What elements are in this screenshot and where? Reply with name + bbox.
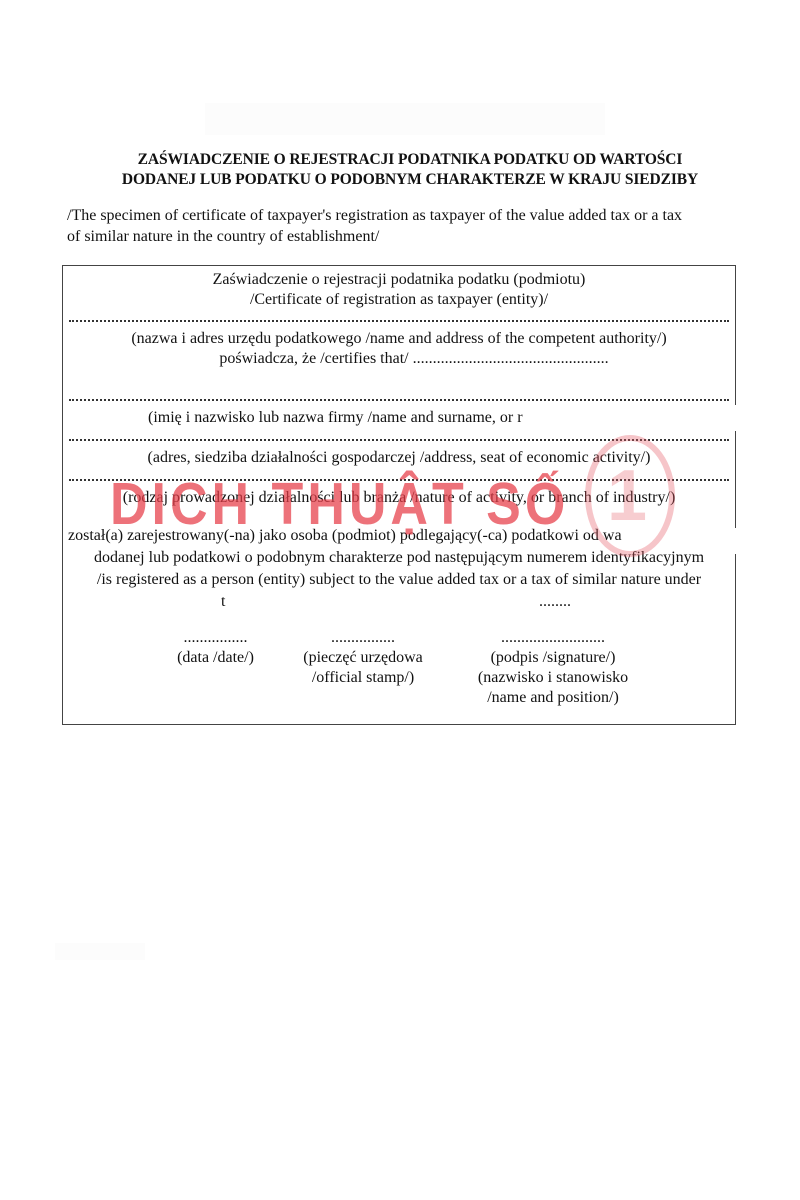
white-mask bbox=[555, 405, 800, 431]
white-mask bbox=[705, 528, 800, 554]
activity-fill-line[interactable] bbox=[69, 479, 729, 481]
signature-fill[interactable]: .......................... bbox=[458, 628, 648, 648]
activity-label: (rodzaj prowadzonej działalności lub bra… bbox=[63, 488, 735, 508]
subtitle-line-1: /The specimen of certificate of taxpayer… bbox=[67, 205, 767, 226]
stamp-label-1: (pieczęć urzędowa bbox=[288, 648, 438, 668]
faint-redaction-bar bbox=[55, 943, 145, 960]
white-mask bbox=[230, 588, 530, 610]
signature-label-1: (podpis /signature/) bbox=[458, 648, 648, 668]
document-title: ZAŚWIADCZENIE O REJESTRACJI PODATNIKA PO… bbox=[60, 150, 760, 190]
document-subtitle: /The specimen of certificate of taxpayer… bbox=[67, 205, 767, 247]
signature-block: .......................... (podpis /sign… bbox=[458, 628, 648, 708]
registered-en-line-2-start: t bbox=[221, 592, 225, 612]
name-label: (imię i nazwisko lub nazwa firmy /name a… bbox=[148, 408, 523, 428]
date-signature-block: ................ (data /date/) bbox=[158, 628, 273, 668]
title-line-2: DODANEJ LUB PODATKU O PODOBNYM CHARAKTER… bbox=[60, 170, 760, 190]
signature-label-3: /name and position/) bbox=[458, 688, 648, 708]
faint-redaction-bar bbox=[205, 103, 605, 135]
registered-pl-line-1: został(a) zarejestrowany(-na) jako osoba… bbox=[68, 526, 622, 546]
certifies-label: poświadcza, że /certifies that/ ........… bbox=[63, 349, 735, 369]
certificate-form-box: Zaświadczenie o rejestracji podatnika po… bbox=[62, 265, 736, 725]
stamp-block: ................ (pieczęć urzędowa /offi… bbox=[288, 628, 438, 688]
form-heading-pl: Zaświadczenie o rejestracji podatnika po… bbox=[63, 270, 735, 290]
form-heading-en: /Certificate of registration as taxpayer… bbox=[63, 290, 735, 310]
signature-label-2: (nazwisko i stanowisko bbox=[458, 668, 648, 688]
address-fill-line[interactable] bbox=[69, 439, 729, 441]
subtitle-line-2: of similar nature in the country of esta… bbox=[67, 226, 767, 247]
title-line-1: ZAŚWIADCZENIE O REJESTRACJI PODATNIKA PO… bbox=[60, 150, 760, 170]
id-number-fill[interactable]: ........ bbox=[539, 592, 571, 612]
date-fill[interactable]: ................ bbox=[158, 628, 273, 648]
authority-label: (nazwa i adres urzędu podatkowego /name … bbox=[63, 329, 735, 349]
address-label: (adres, siedziba działalności gospodarcz… bbox=[63, 448, 735, 468]
authority-fill-line[interactable] bbox=[69, 320, 729, 322]
registered-pl-line-2: dodanej lub podatkowi o podobnym charakt… bbox=[63, 548, 735, 568]
stamp-label-2: /official stamp/) bbox=[288, 668, 438, 688]
name-fill-line[interactable] bbox=[69, 399, 729, 401]
date-label: (data /date/) bbox=[158, 648, 273, 668]
registered-en-line-1: /is registered as a person (entity) subj… bbox=[63, 570, 735, 590]
stamp-fill[interactable]: ................ bbox=[288, 628, 438, 648]
